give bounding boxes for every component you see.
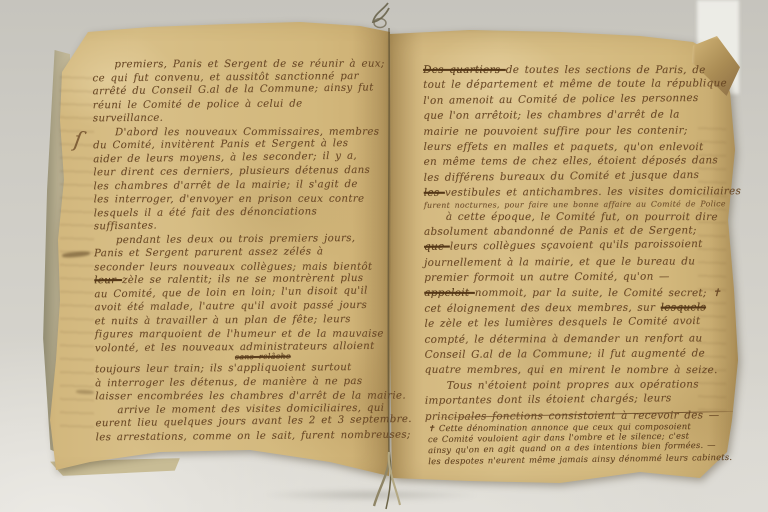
manuscript-line: Conseil G.al de la Commune; il fut augme…: [425, 346, 735, 363]
handwritten-text: quatre membres, qui en mirent le nombre …: [425, 364, 718, 376]
handwritten-text: absolument abandonné de Panis et de Serg…: [424, 224, 697, 237]
manuscript-line: pendant les deux ou trois premiers jours…: [94, 231, 388, 247]
handwritten-text: Panis et Sergent parurent assez zélés à: [94, 246, 323, 259]
handwritten-text: à interroger les détenus, de manière à n…: [95, 375, 362, 388]
handwritten-text: et nuits à travailler à un plan de fête;…: [95, 314, 351, 327]
handwritten-text: leur dirent ces derniers, plusieurs déte…: [93, 165, 370, 178]
struck-text: que: [424, 241, 450, 253]
manuscript-line: premiers, Panis et Sergent de se réunir …: [92, 58, 386, 72]
manuscript-line: quatre membres, qui en mirent le nombre …: [425, 363, 735, 379]
manuscript-line: et nuits à travailler à un plan de fête;…: [95, 312, 389, 328]
handwritten-text: premier formoit un autre Comité, qu'on —: [424, 271, 670, 284]
manuscript-line: les interroger, d'envoyer en prison ceux…: [94, 193, 388, 207]
handwritten-text: le zèle et les lumières desquels le Comi…: [424, 315, 700, 330]
manuscript-line: Panis et Sergent parurent assez zélés à: [94, 245, 388, 261]
handwritten-text: réuni le Comité de police à celui de: [93, 98, 303, 111]
handwritten-text: figures marquoient de l'humeur et de la …: [95, 329, 384, 341]
struck-text: lesquels: [661, 301, 706, 313]
struck-text: leur: [94, 275, 122, 286]
footnote-text: ✝ Cette dénomination annonce que ceux qu…: [428, 419, 733, 467]
handwritten-text: surveillance.: [93, 113, 163, 125]
manuscript-line: leurs effets en malles et paquets, qu'on…: [423, 140, 733, 156]
handwritten-text: aider de leurs moyens, à les seconder; i…: [93, 150, 357, 165]
manuscript-line: à cette époque, le Comité fut, on pourro…: [424, 209, 734, 225]
left-page-text: premiers, Panis et Sergent de se réunir …: [92, 56, 389, 445]
handwritten-text: D'abord les nouveaux Commissaires, membr…: [115, 126, 379, 138]
manuscript-line: surveillance.: [93, 110, 387, 126]
handwritten-text: leurs effets en malles et paquets, qu'on…: [423, 141, 703, 153]
manuscript-line: D'abord les nouveaux Commissaires, membr…: [93, 125, 387, 139]
handwritten-text: suffisantes.: [94, 220, 157, 232]
handwritten-text: premiers, Panis et Sergent de se réunir …: [114, 59, 384, 71]
handwritten-text: seconder leurs nouveaux collègues; mais …: [94, 261, 372, 273]
manuscript-line: l'on amenoit au Comité de police les per…: [423, 90, 733, 109]
manuscript-line: importantes dont ils étoient chargés; le…: [425, 391, 735, 410]
manuscript-line: à interroger les détenus, de manière à n…: [95, 374, 389, 390]
handwritten-text: nommoit, par la suite, le Comité secret;…: [475, 287, 721, 299]
handwritten-text: les différens bureaux du Comité et jusqu…: [424, 169, 700, 184]
handwritten-text: mairie ne pouvoient suffire pour les con…: [423, 124, 687, 137]
struck-text: les: [424, 187, 445, 199]
handwritten-text: l'on amenoit au Comité de police les per…: [423, 92, 698, 107]
handwritten-text: furent nocturnes, pour faire une bonne a…: [424, 199, 726, 210]
manuscript-line: figures marquoient de l'humeur et de la …: [95, 328, 389, 342]
manuscript-photo: ſ premiers, Panis et Sergent de se réuni…: [0, 0, 768, 512]
handwritten-text: que l'on arrêtoit; les chambres d'arrêt …: [423, 109, 679, 122]
manuscript-line: seconder leurs nouveaux collègues; mais …: [94, 260, 388, 274]
manuscript-line: Des quartiers de toutes les sections de …: [423, 63, 733, 79]
manuscript-line: journellement à la mairie, et que le bur…: [424, 254, 734, 271]
handwritten-text: en même tems de chez elles, étoient dépo…: [424, 155, 718, 169]
manuscript-line: les arrestations, comme on le sait, fure…: [96, 428, 390, 444]
manuscript-line: que l'on arrêtoit; les chambres d'arrêt …: [423, 107, 733, 124]
manuscript-line: appeloit nommoit, par la suite, le Comit…: [424, 286, 734, 302]
handwritten-text: importantes dont ils étoient chargés; le…: [425, 392, 672, 407]
struck-text: appeloit: [424, 287, 475, 299]
manuscript-line: le zèle et les lumières desquels le Comi…: [424, 314, 734, 333]
handwritten-text: cet éloignement des deux membres, sur: [424, 301, 660, 314]
handwritten-text: avoit été malade, l'autre qu'il avoit pa…: [94, 300, 367, 313]
struck-text: Des quartiers: [423, 64, 506, 76]
handwritten-text: les chambres d'arrêt de la mairie; il s'…: [93, 178, 357, 191]
handwritten-text: Conseil G.al de la Commune; il fut augme…: [425, 347, 705, 360]
manuscript-line: laisser encombrées les chambres d'arrêt …: [95, 390, 389, 404]
handwritten-text: à cette époque, le Comité fut, on pourro…: [446, 210, 718, 222]
handwritten-text: arrêté du Conseil G.al de la Commune; ai…: [93, 82, 374, 97]
manuscript-line: mairie ne pouvoient suffire pour les con…: [423, 123, 733, 140]
manuscript-line: premier formoit un autre Comité, qu'on —: [424, 269, 734, 286]
manuscript-line: compté, le détermina à demander un renfo…: [424, 331, 734, 348]
right-page-text: Des quartiers de toutes les sections de …: [423, 61, 735, 425]
handwritten-text: au Comité, que de loin en loin; l'un dis…: [94, 285, 367, 300]
handwritten-text: toujours leur train; ils s'appliquoient …: [95, 362, 352, 375]
manuscript-line: furent nocturnes, pour faire une bonne a…: [424, 200, 734, 210]
handwritten-text: tout le département et même de toute la …: [423, 78, 727, 92]
manuscript-line: les chambres d'arrêt de la mairie; il s'…: [93, 177, 387, 193]
handwritten-text: Tous n'étoient point propres aux opérati…: [447, 378, 699, 391]
handwritten-text: les arrestations, comme on le sait, fure…: [96, 429, 411, 443]
handwritten-text: de toutes les sections de Paris, de: [506, 64, 706, 76]
handwritten-text: les interroger, d'envoyer en prison ceux…: [94, 194, 365, 206]
handwritten-text: compté, le détermina à demander un renfo…: [424, 332, 702, 345]
handwritten-text: ✝ Cette dénomination annonce que ceux qu…: [428, 421, 691, 433]
struck-text: sans relâche: [235, 352, 291, 362]
handwritten-text: laisser encombrées les chambres d'arrêt …: [95, 390, 406, 402]
handwritten-text: vestibules et antichambres. les visites …: [445, 185, 741, 199]
handwritten-text: eurent lieu quelques jours avant les 2 e…: [95, 414, 411, 429]
manuscript-line: que leurs collègues sçavoient qu'ils par…: [424, 237, 734, 256]
handwritten-text: leurs collègues sçavoient qu'ils paroiss…: [450, 238, 703, 253]
handwritten-text: pendant les deux ou trois premiers jours…: [116, 233, 356, 246]
manuscript-line: les différens bureaux du Comité et jusqu…: [424, 167, 734, 186]
handwritten-text: journellement à la mairie, et que le bur…: [424, 255, 695, 268]
